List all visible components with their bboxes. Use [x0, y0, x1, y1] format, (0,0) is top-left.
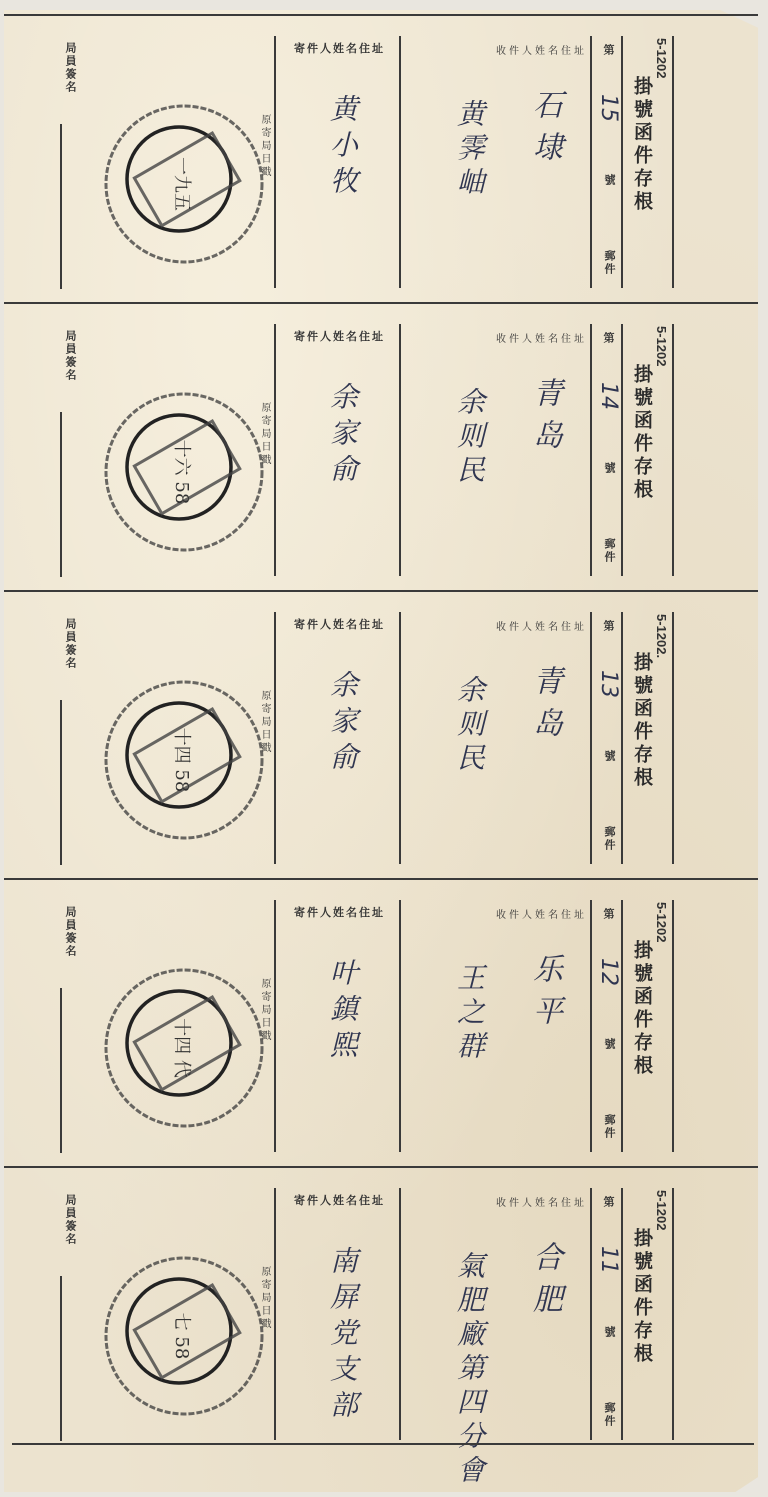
mail-label: 郵件: [601, 1402, 617, 1428]
stub-top-border: [4, 590, 758, 592]
sender-rule: [274, 324, 276, 576]
sender-rule: [274, 36, 276, 288]
sender-name: 叶鎮熙: [322, 958, 362, 1066]
number-rule-inner: [590, 612, 592, 864]
postmark-stamp: 十四 58: [99, 675, 269, 845]
postmark-stamp: 十六 58: [99, 387, 269, 557]
number-rule-outer: [621, 612, 623, 864]
stub-number: 15: [596, 94, 621, 122]
number-rule-outer: [621, 900, 623, 1152]
stub-title: 掛號函件存根: [629, 364, 656, 502]
sender-name: 余家俞: [322, 382, 362, 490]
clerk-signature-line: [60, 988, 62, 1153]
mail-label: 郵件: [601, 538, 617, 564]
recipient-rule: [399, 1188, 401, 1440]
recipient-label: 收件人姓名住址: [412, 618, 587, 633]
stub-title: 掛號函件存根: [629, 940, 656, 1078]
clerk-signature-line: [60, 412, 62, 577]
number-prefix: 第: [600, 908, 616, 921]
stub-top-border: [4, 302, 758, 304]
sender-label: 寄件人姓名住址: [294, 618, 394, 631]
number-rule-inner: [590, 1188, 592, 1440]
clerk-signature-label: 局員簽名: [62, 330, 78, 382]
stub-top-border: [4, 14, 758, 16]
recipient-rule: [399, 324, 401, 576]
postmark-date: 一九五: [171, 157, 192, 211]
recipient-rule: [399, 36, 401, 288]
sender-rule: [274, 900, 276, 1152]
recipient-label: 收件人姓名住址: [412, 906, 587, 921]
form-number: 5-1202: [654, 326, 669, 366]
number-rule-outer: [621, 36, 623, 288]
form-number: 5-1202.: [654, 614, 669, 658]
recipient-rule: [399, 612, 401, 864]
number-rule-outer: [621, 324, 623, 576]
stub-title: 掛號函件存根: [629, 652, 656, 790]
sender-rule: [274, 1188, 276, 1440]
clerk-signature-label: 局員簽名: [62, 906, 78, 958]
recipient-label: 收件人姓名住址: [412, 42, 587, 57]
clerk-signature-label: 局員簽名: [62, 618, 78, 670]
recipient-name: 余则民: [449, 387, 489, 489]
recipient-rule: [399, 900, 401, 1152]
stub-number: 12: [596, 958, 621, 986]
clerk-signature-line: [60, 124, 62, 289]
mail-label: 郵件: [601, 826, 617, 852]
number-suffix: 號: [601, 462, 617, 475]
recipient-address: 石埭: [522, 89, 566, 173]
number-suffix: 號: [601, 1326, 617, 1339]
recipient-name: 余则民: [449, 675, 489, 777]
number-suffix: 號: [601, 174, 617, 187]
recipient-address: 青岛: [522, 665, 566, 749]
number-rule-inner: [590, 324, 592, 576]
sender-label: 寄件人姓名住址: [294, 906, 394, 919]
title-rule: [672, 36, 674, 288]
sender-label: 寄件人姓名住址: [294, 330, 394, 343]
recipient-name: 氣肥廠第四分會: [449, 1251, 489, 1489]
recipient-address: 合肥: [522, 1241, 566, 1325]
form-number: 5-1202: [654, 38, 669, 78]
number-prefix: 第: [600, 620, 616, 633]
recipient-address: 青岛: [522, 377, 566, 461]
receipt-stub: 5-1202 掛號函件存根 第 15 號 郵件 收件人姓名住址 石埭 黄霁岫 寄…: [4, 14, 758, 302]
number-prefix: 第: [600, 44, 616, 57]
receipt-stub: 5-1202 掛號函件存根 第 11 號 郵件 收件人姓名住址 合肥 氣肥廠第四…: [4, 1166, 758, 1454]
postmark-date: 十四 代: [171, 1018, 192, 1078]
mail-label: 郵件: [601, 250, 617, 276]
number-rule-outer: [621, 1188, 623, 1440]
postmark-date: 七 58: [171, 1313, 192, 1360]
receipt-stub: 5-1202 掛號函件存根 第 14 號 郵件 收件人姓名住址 青岛 余则民 寄…: [4, 302, 758, 590]
title-rule: [672, 612, 674, 864]
number-prefix: 第: [600, 332, 616, 345]
stub-number: 11: [596, 1246, 621, 1274]
stub-top-border: [4, 878, 758, 880]
sender-name: 余家俞: [322, 670, 362, 778]
title-rule: [672, 900, 674, 1152]
postmark-date: 十六 58: [171, 440, 192, 505]
clerk-signature-label: 局員簽名: [62, 1194, 78, 1246]
clerk-signature-label: 局員簽名: [62, 42, 78, 94]
stub-number: 13: [596, 670, 621, 698]
recipient-address: 乐平: [522, 953, 566, 1037]
stub-title: 掛號函件存根: [629, 1228, 656, 1366]
number-rule-inner: [590, 900, 592, 1152]
recipient-label: 收件人姓名住址: [412, 1194, 587, 1209]
recipient-name: 黄霁岫: [449, 99, 489, 201]
mail-label: 郵件: [601, 1114, 617, 1140]
title-rule: [672, 1188, 674, 1440]
stub-number: 14: [596, 382, 621, 410]
receipt-stub: 5-1202. 掛號函件存根 第 13 號 郵件 收件人姓名住址 青岛 余则民 …: [4, 590, 758, 878]
title-rule: [672, 324, 674, 576]
form-number: 5-1202: [654, 902, 669, 942]
postmark-stamp: 七 58: [99, 1251, 269, 1421]
clerk-signature-line: [60, 1276, 62, 1441]
postmark-stamp: 十四 代: [99, 963, 269, 1133]
recipient-name: 王之群: [449, 963, 489, 1065]
number-suffix: 號: [601, 750, 617, 763]
recipient-label: 收件人姓名住址: [412, 330, 587, 345]
sender-name: 黄小牧: [322, 94, 362, 202]
sender-rule: [274, 612, 276, 864]
postmark-stamp: 一九五: [99, 99, 269, 269]
number-prefix: 第: [600, 1196, 616, 1209]
clerk-signature-line: [60, 700, 62, 865]
sender-name: 南屏党支部: [322, 1246, 362, 1426]
form-number: 5-1202: [654, 1190, 669, 1230]
number-rule-inner: [590, 36, 592, 288]
number-suffix: 號: [601, 1038, 617, 1051]
stub-top-border: [4, 1166, 758, 1168]
postmark-date: 十四 58: [171, 728, 192, 793]
strip-bottom-border: [12, 1443, 754, 1445]
sender-label: 寄件人姓名住址: [294, 1194, 394, 1207]
receipt-stub: 5-1202 掛號函件存根 第 12 號 郵件 收件人姓名住址 乐平 王之群 寄…: [4, 878, 758, 1166]
sender-label: 寄件人姓名住址: [294, 42, 394, 55]
stub-title: 掛號函件存根: [629, 76, 656, 214]
